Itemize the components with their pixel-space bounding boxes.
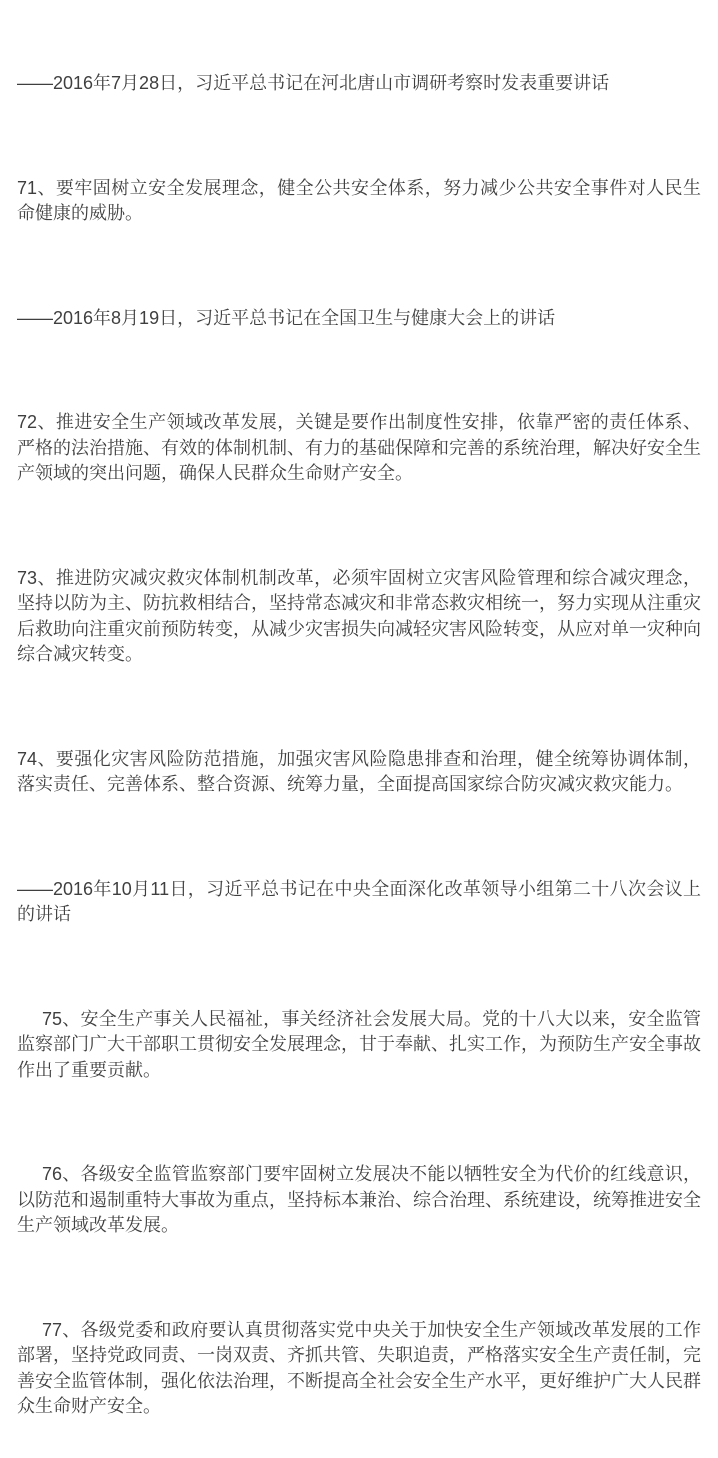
quote-75: 75、安全生产事关人民福祉，事关经济社会发展大局。党的十八大以来，安全监管监察部… [17,1007,701,1084]
attribution-2016-08-19: ——2016年8月19日，习近平总书记在全国卫生与健康大会上的讲话 [17,306,701,332]
quote-76: 76、各级安全监管监察部门要牢固树立发展决不能以牺牲安全为代价的红线意识，以防范… [17,1162,701,1239]
attribution-2016-07-28: ——2016年7月28日，习近平总书记在河北唐山市调研考察时发表重要讲话 [17,71,701,97]
quote-71: 71、要牢固树立安全发展理念，健全公共安全体系，努力减少公共安全事件对人民生命健… [17,176,701,227]
quote-74: 74、要强化灾害风险防范措施，加强灾害风险隐患排查和治理，健全统筹协调体制，落实… [17,747,701,798]
attribution-2016-10-11: ——2016年10月11日，习近平总书记在中央全面深化改革领导小组第二十八次会议… [17,877,701,928]
quote-72: 72、推进安全生产领域改革发展，关键是要作出制度性安排，依靠严密的责任体系、严格… [17,410,701,487]
page: { "page": { "background": "#ffffff", "te… [0,0,718,1458]
quote-77: 77、各级党委和政府要认真贯彻落实党中央关于加快安全生产领域改革发展的工作部署，… [17,1318,701,1420]
quote-73: 73、推进防灾减灾救灾体制机制改革，必须牢固树立灾害风险管理和综合减灾理念，坚持… [17,566,701,668]
article-body: ——2016年7月28日，习近平总书记在河北唐山市调研考察时发表重要讲话 71、… [0,0,718,1420]
